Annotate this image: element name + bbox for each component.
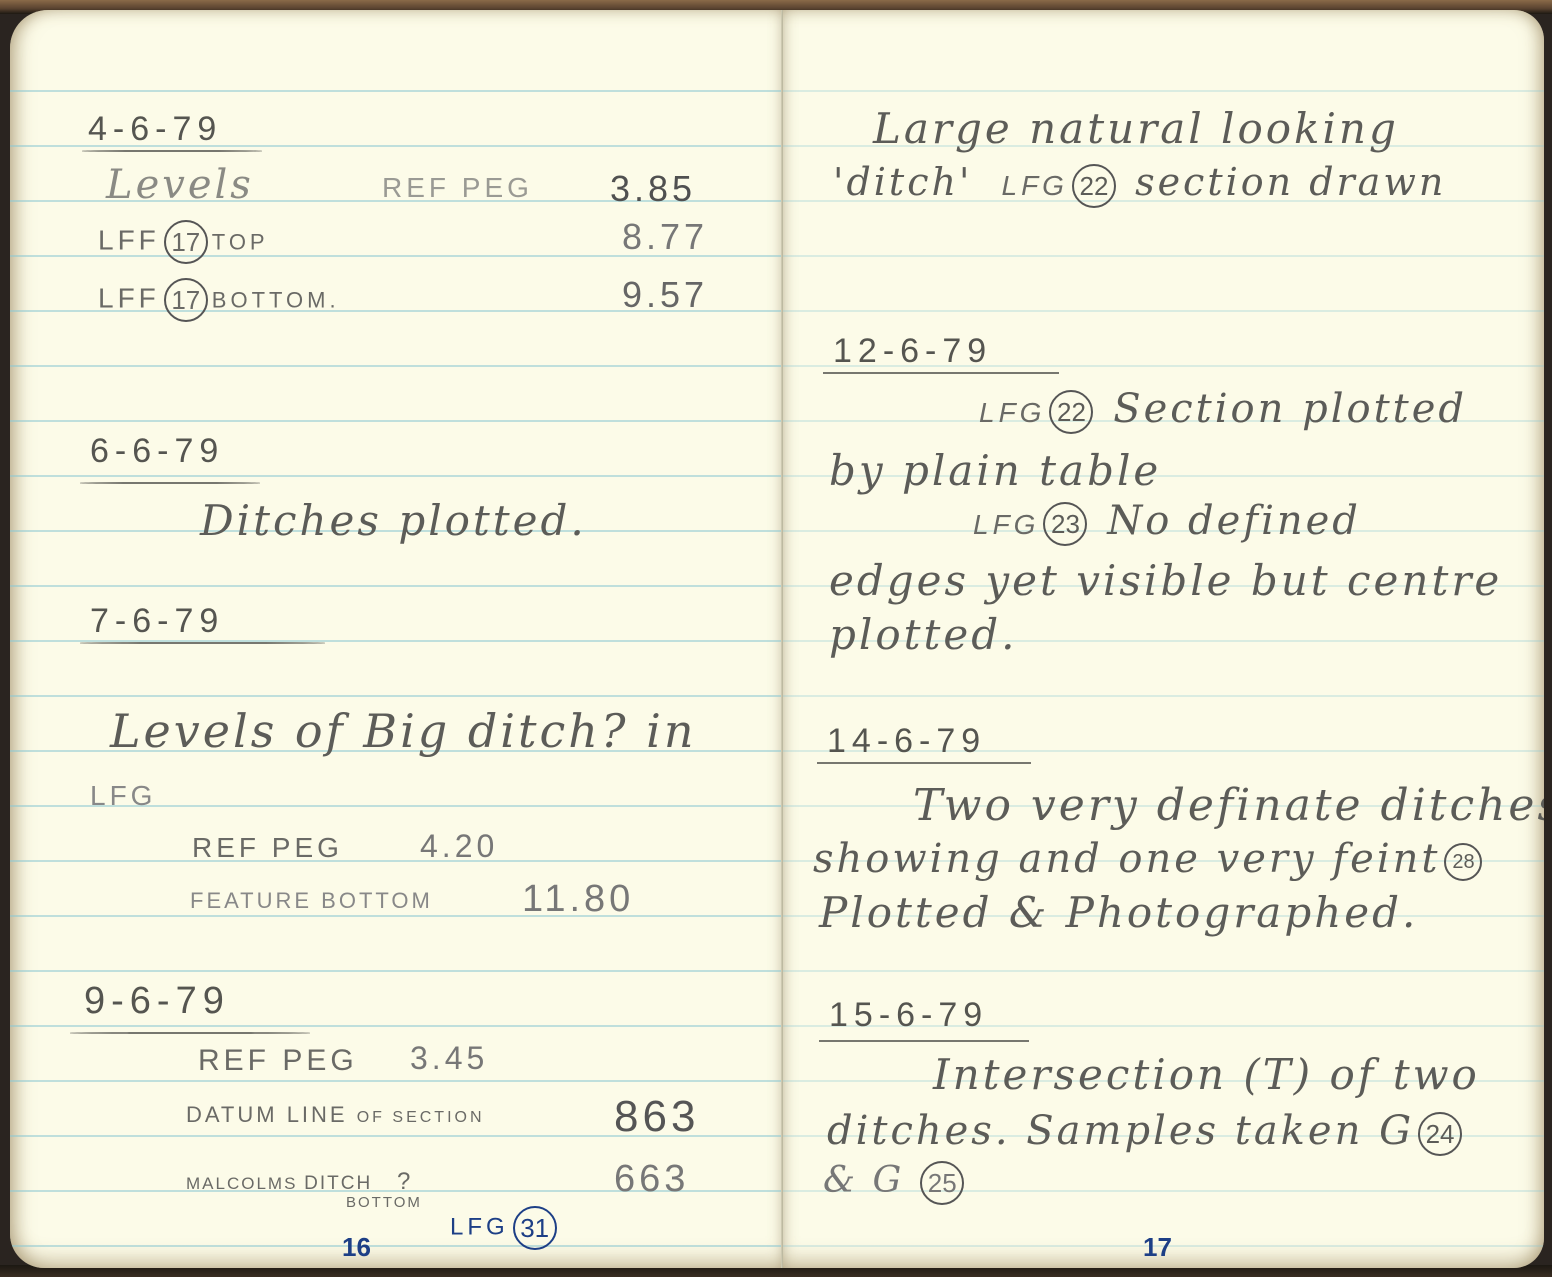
feature-code: LFG	[973, 509, 1039, 540]
level-row-position: TOP	[212, 229, 269, 254]
feature-code: LFG	[1002, 170, 1068, 201]
entry-text-line2: ditches. Samples taken G24	[827, 1108, 1466, 1156]
entry-heading: Levels	[106, 162, 254, 208]
question-mark: ?	[397, 1168, 412, 1195]
date-underline	[80, 482, 260, 484]
entry-date: 4-6-79	[88, 110, 222, 149]
level-row-value: 8.77	[622, 216, 708, 258]
entry-text-continued: No defined	[1107, 498, 1361, 544]
left-page: 4-6-79 Levels REF PEG 3.85 LFF17TOP 8.77…	[10, 10, 783, 1268]
feature-number-circle: 24	[1418, 1112, 1462, 1156]
entry-text-line1: LFG22 Section plotted	[979, 386, 1467, 434]
entry-date: 12-6-79	[833, 332, 992, 371]
level-row-code: LFF	[98, 282, 160, 313]
entry-text-line3: & G25	[823, 1160, 968, 1205]
entry-text-line2: by plain table	[829, 446, 1161, 495]
level-row: LFF17BOTTOM.	[98, 278, 340, 322]
entry-text-line2: 'ditch' LFG22 section drawn	[833, 160, 1446, 208]
entry-text-continued: Section plotted	[1113, 386, 1467, 432]
datum-line-subtext: OF SECTION	[357, 1109, 485, 1126]
entry-text-line1: Large natural looking	[873, 104, 1399, 153]
quoted-ditch: 'ditch'	[833, 160, 972, 204]
date-underline	[70, 1032, 310, 1034]
entry-text-line1: Levels of Big ditch? in	[110, 704, 697, 758]
datum-line-text: DATUM LINE	[186, 1102, 348, 1127]
ref-peg-value: 3.45	[410, 1040, 488, 1077]
malcolms-text: MALCOLMS	[186, 1174, 297, 1193]
entry-text: showing and one very feint	[813, 836, 1440, 882]
ref-peg-value: 4.20	[420, 828, 498, 865]
entry-text-line1: Two very definate ditches	[913, 780, 1544, 831]
date-underline	[819, 1040, 1029, 1042]
entry-text-continued: section drawn	[1135, 160, 1446, 204]
date-underline	[82, 150, 262, 152]
ref-peg-label: REF PEG	[198, 1044, 358, 1078]
entry-text: & G	[823, 1160, 904, 1201]
bottom-text: BOTTOM	[346, 1194, 422, 1211]
entry-text-line2: LFG	[90, 780, 156, 812]
entry-text-line5: plotted.	[829, 610, 1017, 659]
level-row: LFF17TOP	[98, 220, 269, 264]
feature-number-circle: 22	[1072, 164, 1116, 208]
ref-peg-value: 3.85	[610, 168, 696, 210]
ditch-text: DITCH	[304, 1173, 372, 1194]
level-row-position: BOTTOM.	[212, 287, 340, 312]
page-number: 17	[1143, 1232, 1172, 1263]
level-row-code: LFF	[98, 224, 160, 255]
feature-number-circle: 31	[513, 1206, 557, 1250]
feature-annotation: LFG31	[450, 1206, 561, 1250]
malcolms-ditch-label: MALCOLMS DITCH ?	[186, 1168, 412, 1196]
entry-date: 7-6-79	[90, 602, 224, 641]
date-underline	[80, 642, 325, 644]
feature-number-circle: 25	[920, 1161, 964, 1205]
feature-number-circle: 28	[1444, 843, 1482, 881]
feature-bottom-value: 11.80	[522, 878, 634, 921]
feature-code: LFG	[979, 397, 1045, 428]
annotation-code: LFG	[450, 1213, 509, 1240]
date-underline	[823, 372, 1059, 374]
feature-number-circle: 23	[1043, 502, 1087, 546]
notebook-spread: 4-6-79 Levels REF PEG 3.85 LFF17TOP 8.77…	[10, 10, 1544, 1268]
entry-text: ditches. Samples taken G	[827, 1108, 1414, 1154]
entry-date: 14-6-79	[827, 722, 986, 761]
entry-date: 9-6-79	[84, 980, 230, 1023]
feature-number-circle: 17	[164, 220, 208, 264]
datum-line-label: DATUM LINE OF SECTION	[186, 1102, 485, 1128]
datum-line-value: 863	[614, 1092, 699, 1142]
feature-number-circle: 17	[164, 278, 208, 322]
entry-text-line3: Plotted & Photographed.	[819, 888, 1418, 937]
entry-text: Ditches plotted.	[200, 496, 587, 545]
right-page: Large natural looking 'ditch' LFG22 sect…	[783, 10, 1544, 1268]
entry-text-line4: edges yet visible but centre	[829, 556, 1502, 605]
ref-peg-label: REF PEG	[382, 172, 533, 204]
feature-number-circle: 22	[1049, 390, 1093, 434]
level-row-value: 9.57	[622, 274, 708, 316]
entry-date: 6-6-79	[90, 432, 224, 471]
entry-text-line1: Intersection (T) of two	[933, 1050, 1480, 1099]
entry-text-line2: showing and one very feint28	[813, 836, 1486, 882]
ref-peg-label: REF PEG	[192, 832, 343, 864]
malcolms-ditch-value: 663	[614, 1158, 689, 1201]
date-underline	[817, 762, 1031, 764]
entry-date: 15-6-79	[829, 996, 988, 1035]
feature-bottom-label: FEATURE BOTTOM	[190, 888, 433, 914]
page-number: 16	[342, 1232, 371, 1263]
entry-text-line3: LFG23 No defined	[973, 498, 1361, 546]
